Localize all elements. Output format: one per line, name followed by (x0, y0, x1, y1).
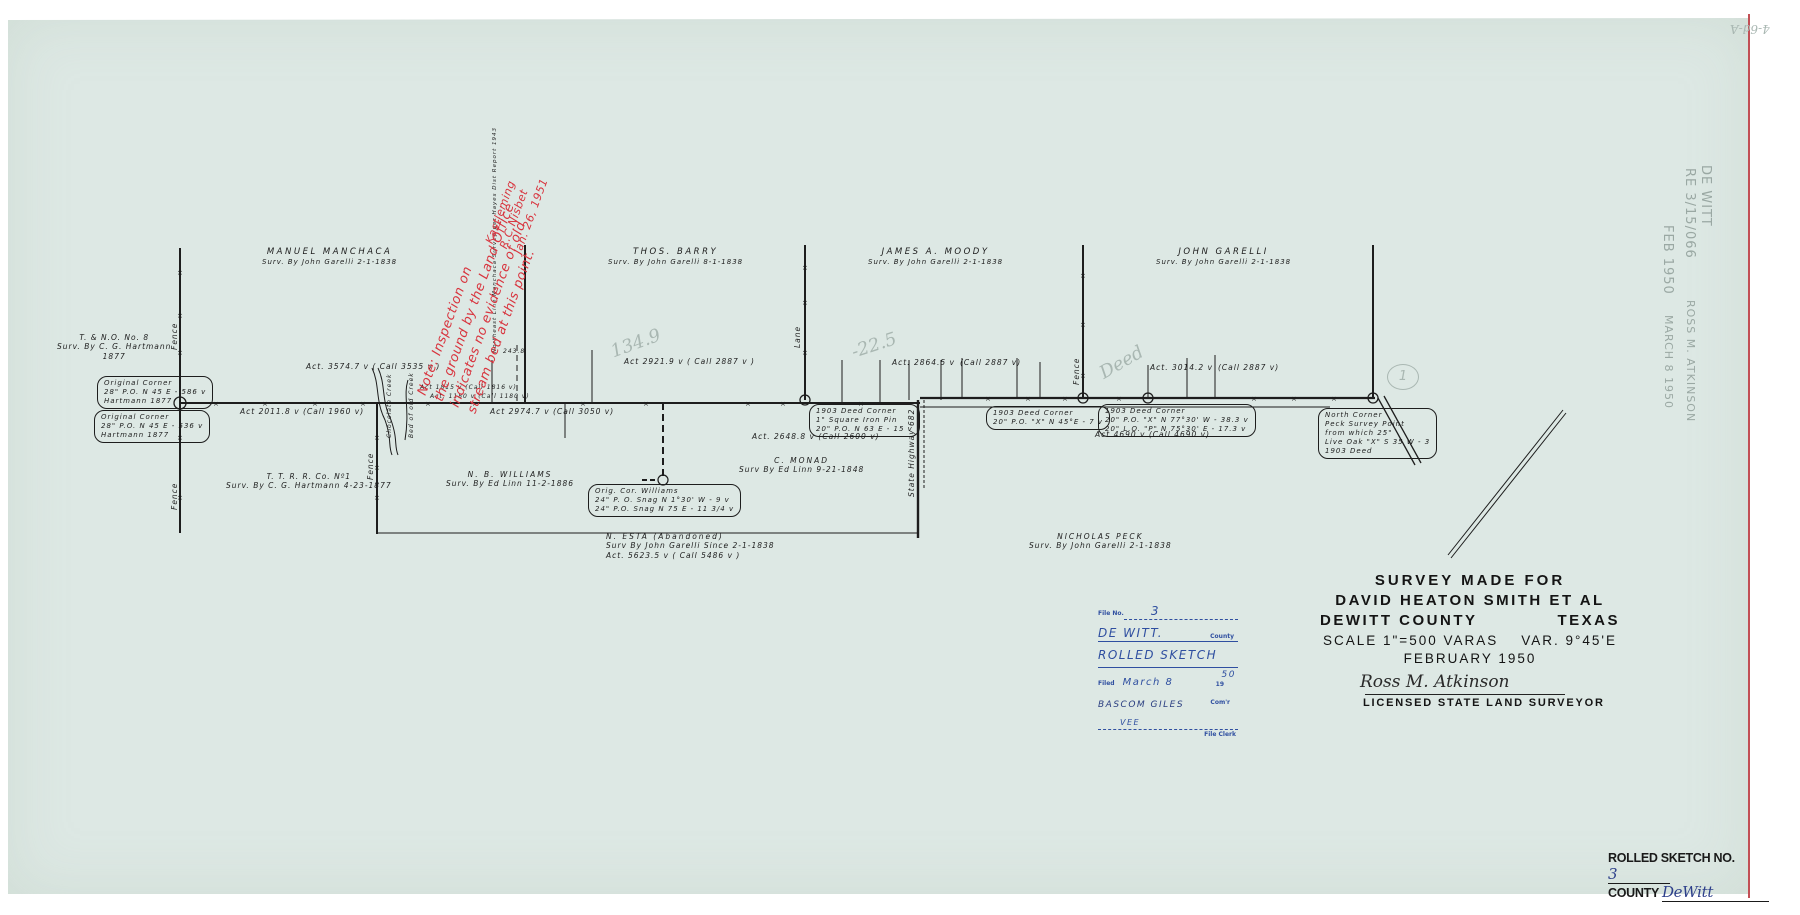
stamp-commissioner: BASCOM GILES (1098, 700, 1184, 710)
stamp-underline (1098, 641, 1238, 642)
measure-m2: Act. 3574.7 v ( Call 3535 v ) (306, 362, 440, 371)
svg-text:×: × (1291, 395, 1297, 403)
measure-m10: Act. 3014.2 v (1150, 363, 1213, 372)
svg-text:×: × (1331, 395, 1337, 403)
measure-m5: Act 2974.7 v (Call 3050 v) (490, 407, 614, 416)
creek-label-old-bed: Bed of old Creek (408, 372, 415, 438)
corner-line: 24" P.O. Snag N 75 E - 11 3/4 v (595, 505, 734, 514)
svg-text:×: × (643, 400, 649, 408)
svg-text:×: × (802, 299, 808, 307)
survey-date: Surv. By Ed Linn 11-2-1886 (446, 479, 574, 488)
corner-line: 20" P.O. N 63 E - 15 v (816, 425, 913, 434)
corner-box-original-2: Original Corner 28" P.O. N 45 E - 536 v … (94, 410, 210, 443)
stamp-county: DE WITT. (1098, 626, 1163, 640)
corner-box-north: North Corner Peck Survey Point from whic… (1318, 408, 1437, 459)
rolled-sketch-no-label: ROLLED SKETCH NO. (1608, 851, 1735, 865)
pencil-circled-number: 1 (1387, 364, 1419, 390)
title-scale: SCALE 1"=500 VARAS (1323, 633, 1498, 648)
survey-name: C. MONAD (739, 456, 864, 465)
survey-label-barry: THOS. BARRY Surv. By John Garelli 8-1-18… (608, 247, 743, 266)
svg-text:×: × (374, 434, 380, 442)
survey-date: Surv. By C. G. Hartmann (57, 342, 171, 351)
corner-box-williams: Orig. Cor. Williams 24" P. O. Snag N 1°3… (588, 484, 741, 517)
corner-line: 1903 Deed Corner (816, 407, 913, 416)
svg-text:×: × (177, 312, 183, 320)
svg-text:×: × (1251, 395, 1257, 403)
title-client: DAVID HEATON SMITH ET AL (1320, 592, 1620, 609)
title-variation: VAR. 9°45'E (1521, 633, 1617, 648)
stamp-year-prefix: 19 (1216, 681, 1224, 688)
svg-text:×: × (802, 349, 808, 357)
corner-box-deed-1: 1903 Deed Corner 1" Square Iron Pin 20" … (809, 404, 920, 437)
stamp-underline (1124, 619, 1238, 620)
stamp-county-row: DE WITT. County (1098, 622, 1238, 644)
corner-line: 24" P. O. Snag N 1°30' W - 9 v (595, 496, 734, 505)
stamp-commissioner-row: BASCOM GILES Com'r (1098, 692, 1238, 710)
survey-date: Surv. By John Garelli 2-1-1838 (1156, 258, 1291, 267)
svg-text:×: × (780, 400, 786, 408)
stamp-file-no-row: File No. 3 (1098, 600, 1238, 622)
stamp-filed-date: March 8 (1123, 677, 1174, 688)
corner-box-original-1: Original Corner 28" P.O. N 45 E - 586 v … (97, 376, 213, 409)
stamp-filed-label: Filed (1098, 680, 1115, 687)
survey-label-monad: C. MONAD Surv By Ed Linn 9-21-1848 (739, 456, 864, 475)
stamp-county-label: County (1210, 633, 1234, 640)
fence-label-3: Fence (366, 453, 375, 480)
rolled-county-field: DeWitt (1662, 884, 1769, 902)
survey-linework: ×××× ×××× ×××× ×××× ×× ××××× ××× ××× ××× (0, 0, 1800, 915)
corner-line: Hartmann 1877 (104, 397, 206, 406)
svg-text:×: × (745, 400, 751, 408)
corner-line: 1903 Deed Corner (993, 409, 1103, 418)
title-scale-row: SCALE 1"=500 VARAS VAR. 9°45'E (1320, 633, 1620, 648)
measure-m6: Act 2921.9 v ( Call 2887 v ) (624, 357, 755, 366)
corner-line: Live Oak "X" S 35 W - 3 (1325, 438, 1430, 447)
corner-line: 1" Square Iron Pin (816, 416, 913, 425)
margin-note-4: ROSS M. ATKINSON (1684, 300, 1697, 422)
survey-label-tno8: T. & N.O. No. 8 Surv. By C. G. Hartmann … (57, 333, 171, 361)
title-county: DEWITT COUNTY (1320, 612, 1478, 629)
corner-line: Hartmann 1877 (101, 431, 203, 440)
corner-line: Original Corner (104, 379, 206, 388)
signature-line (1365, 694, 1565, 695)
measure-m8: Act. 2864.5 v (892, 358, 955, 367)
corner-box-deed-2: 1903 Deed Corner 20" P.O. "X" N 45°E - 7… (986, 406, 1110, 430)
corner-line: from which 25" (1325, 429, 1430, 438)
survey-name: JOHN GARELLI (1156, 247, 1291, 258)
rolled-sketch-no-field: 3 (1608, 866, 1670, 884)
corner-line: 1903 Deed (1325, 447, 1430, 456)
surveyor-signature: Ross M. Atkinson (1360, 672, 1510, 692)
rolled-sketch-no-row: ROLLED SKETCH NO. 3 (1608, 850, 1800, 884)
survey-date: Surv. By C. G. Hartmann 4-23-1877 (226, 481, 392, 490)
corner-line: 1903 Deed Corner (1105, 407, 1249, 416)
corner-line: 20" L.O. "P" N 75°30' E - 17.3 v (1105, 425, 1249, 434)
filing-stamp: File No. 3 DE WITT. County ROLLED SKETCH… (1098, 600, 1238, 732)
margin-note-5: MARCH 8 1950 (1662, 315, 1675, 409)
corner-line: Original Corner (101, 413, 203, 422)
survey-date: Surv By Ed Linn 9-21-1848 (739, 465, 864, 474)
rolled-county: DeWitt (1662, 883, 1713, 901)
survey-name: N. ESTA (Abandoned) (606, 532, 775, 541)
corner-line: 28" P.O. N 45 E - 586 v (104, 388, 206, 397)
svg-text:×: × (1025, 395, 1031, 403)
svg-text:×: × (1062, 395, 1068, 403)
survey-date: Surv. By John Garelli 2-1-1838 (868, 258, 1003, 267)
corner-line: North Corner (1325, 411, 1430, 420)
survey-name: N. B. WILLIAMS (446, 470, 574, 479)
rolled-sketch-no: 3 (1608, 865, 1617, 883)
stamp-clerk: VEE (1120, 718, 1140, 727)
survey-name: NICHOLAS PECK (1029, 532, 1172, 541)
corner-box-deed-3: 1903 Deed Corner 20" P.O. "X" N 77°30' W… (1098, 404, 1256, 437)
fence-label-2: Fence (170, 483, 179, 510)
svg-text:×: × (1080, 321, 1086, 329)
measure-m13: 243.8 (503, 348, 525, 356)
title-block: SURVEY MADE FOR DAVID HEATON SMITH ET AL… (1320, 572, 1620, 666)
margin-note-2: RE 3/15/066 (1682, 168, 1697, 259)
survey-date: Surv By John Garelli Since 2-1-1838 (606, 541, 775, 550)
svg-text:×: × (374, 494, 380, 502)
fence-label-1: Fence (170, 323, 179, 350)
svg-text:×: × (177, 349, 183, 357)
stamp-type: ROLLED SKETCH (1098, 648, 1217, 662)
corner-line: Peck Survey Point (1325, 420, 1430, 429)
title-state: TEXAS (1557, 612, 1620, 629)
corner-line: Orig. Cor. Williams (595, 487, 734, 496)
survey-name: JAMES A. MOODY (868, 247, 1003, 258)
title-date: FEBRUARY 1950 (1320, 651, 1620, 666)
highway-label: State Highway 682 (907, 409, 916, 497)
survey-measure: Act. 5623.5 v ( Call 5486 v ) (606, 551, 775, 560)
stamp-year: 50 (1222, 670, 1236, 680)
survey-date: Surv. By John Garelli 2-1-1838 (262, 258, 397, 267)
stamp-underline (1098, 667, 1238, 668)
corner-line: 28" P.O. N 45 E - 536 v (101, 422, 203, 431)
survey-label-williams: N. B. WILLIAMS Surv. By Ed Linn 11-2-188… (446, 470, 574, 489)
rolled-county-label: COUNTY (1608, 886, 1659, 900)
fence-label-4: Fence (1072, 358, 1081, 385)
measure-m9: (Call 2887 v) (960, 358, 1021, 367)
stamp-filed-row: Filed March 8 19 50 (1098, 670, 1238, 692)
title-line-1: SURVEY MADE FOR (1320, 572, 1620, 589)
svg-text:×: × (213, 400, 219, 408)
svg-text:×: × (985, 395, 991, 403)
corner-line: 20" P.O. "X" N 77°30' W - 38.3 v (1105, 416, 1249, 425)
stamp-commissioner-label: Com'r (1210, 699, 1230, 706)
svg-text:×: × (425, 400, 431, 408)
title-location: DEWITT COUNTY TEXAS (1320, 612, 1620, 629)
survey-name: T. & N.O. No. 8 (57, 333, 171, 342)
survey-label-manchaca: MANUEL MANCHACA Surv. By John Garelli 2-… (262, 247, 397, 266)
margin-note-3: FEB 1950 (1660, 225, 1675, 295)
stamp-file-no-label: File No. (1098, 610, 1124, 617)
survey-name: MANUEL MANCHACA (262, 247, 397, 258)
survey-label-peck: NICHOLAS PECK Surv. By John Garelli 2-1-… (1029, 532, 1172, 551)
survey-date: Surv. By John Garelli 8-1-1838 (608, 258, 743, 267)
rolled-county-row: COUNTY DeWitt (1608, 884, 1800, 902)
stamp-underline (1098, 729, 1238, 730)
survey-label-garelli: JOHN GARELLI Surv. By John Garelli 2-1-1… (1156, 247, 1291, 266)
creek-label-chocolate: Chocolate Creek (386, 374, 393, 438)
lane-label: Lane (793, 326, 802, 348)
stamp-file-no: 3 (1151, 604, 1160, 618)
svg-text:×: × (802, 264, 808, 272)
corner-pencil-code: 4-6d-A (1730, 22, 1770, 36)
survey-date: Surv. By John Garelli 2-1-1838 (1029, 541, 1172, 550)
svg-text:×: × (1080, 272, 1086, 280)
svg-text:×: × (177, 269, 183, 277)
survey-label-esta: N. ESTA (Abandoned) Surv By John Garelli… (606, 532, 775, 560)
stamp-clerk-label: File Clerk (1204, 731, 1236, 738)
corner-line: 20" P.O. "X" N 45°E - 7 v (993, 418, 1103, 427)
margin-note-1: DE WITT (1698, 165, 1713, 227)
survey-label-moody: JAMES A. MOODY Surv. By John Garelli 2-1… (868, 247, 1003, 266)
survey-year: 1877 (57, 352, 171, 361)
measure-m1: Act 2011.8 v (Call 1960 v) (240, 407, 364, 416)
survey-name: THOS. BARRY (608, 247, 743, 258)
rolled-sketch-label: ROLLED SKETCH NO. 3 COUNTY DeWitt (1608, 850, 1800, 902)
svg-text:×: × (1116, 395, 1122, 403)
stamp-clerk-row: VEE File Clerk (1098, 710, 1238, 732)
stamp-type-row: ROLLED SKETCH (1098, 644, 1238, 670)
measure-m11: (Call 2887 v) (1218, 363, 1279, 372)
surveyor-title: LICENSED STATE LAND SURVEYOR (1363, 697, 1605, 709)
